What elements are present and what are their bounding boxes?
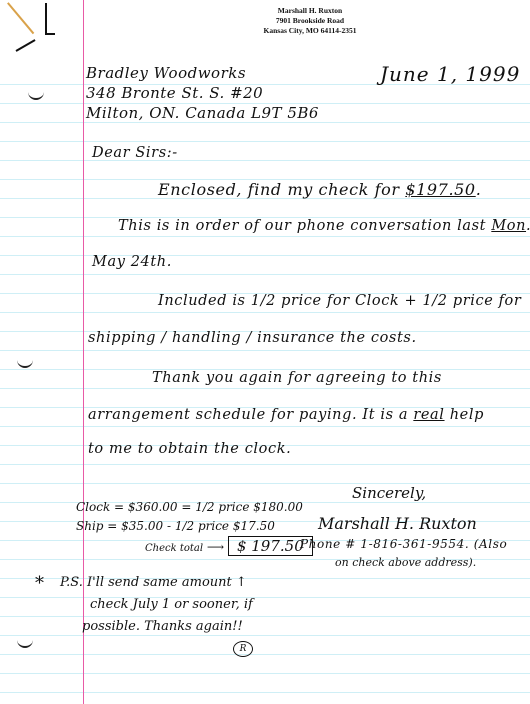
body-paragraph-1: Enclosed, find my check for $197.50.: [158, 180, 481, 199]
corner-pen-mark: [45, 3, 47, 35]
check-amount: $197.50: [405, 180, 475, 199]
body-text-underlined: real: [413, 407, 444, 423]
letterhead-name: Marshall H. Ruxton: [230, 6, 390, 16]
check-total-label: Check total: [145, 543, 203, 554]
calc-check-total: Check total ⟶ $ 197.50: [145, 537, 313, 555]
calc-ship-line: Ship = $35.00 - 1/2 price $17.50: [76, 519, 275, 533]
postscript-line-3: possible. Thanks again!!: [82, 619, 243, 634]
asterisk-icon: *: [35, 573, 44, 594]
calc-clock-line: Clock = $360.00 = 1/2 price $180.00: [76, 500, 303, 514]
arrow-right-icon: ⟶: [207, 540, 224, 554]
body-paragraph-3: Included is 1/2 price for Clock + 1/2 pr…: [158, 293, 521, 309]
corner-pen-mark: [45, 33, 55, 35]
body-paragraph-4-line-3: to me to obtain the clock.: [88, 441, 291, 457]
letter-date: June 1, 1999: [380, 62, 520, 86]
postscript-line-1: P.S. I'll send same amount ↑: [60, 575, 247, 590]
letterhead-street: 7901 Brookside Road: [230, 16, 390, 26]
body-text-underlined: Mon: [491, 218, 526, 234]
body-text: .: [476, 180, 482, 199]
margin-line: [83, 0, 84, 704]
body-paragraph-2: This is in order of our phone conversati…: [118, 218, 530, 234]
body-text: .: [526, 218, 530, 234]
signature: Marshall H. Ruxton: [318, 514, 477, 533]
salutation: Dear Sirs:-: [92, 145, 178, 161]
postscript-line-2: check July 1 or sooner, if: [90, 597, 253, 612]
recipient-street: 348 Bronte St. S. #20: [86, 84, 263, 102]
body-paragraph-3-line-2: shipping / handling / insurance the cost…: [88, 330, 417, 346]
phone-line: Phone # 1-816-361-9554. (Also: [300, 537, 507, 551]
body-text: This is in order of our phone conversati…: [118, 218, 491, 234]
letterhead-city: Kansas City, MO 64114-2351: [230, 26, 390, 36]
letterhead: Marshall H. Ruxton 7901 Brookside Road K…: [230, 6, 390, 36]
recipient-name: Bradley Woodworks: [86, 64, 246, 82]
body-text: Enclosed, find my check for: [158, 180, 405, 199]
body-text: arrangement schedule for paying. It is a: [88, 407, 413, 423]
recipient-city: Milton, ON. Canada L9T 5B6: [86, 104, 319, 122]
body-paragraph-4: Thank you again for agreeing to this: [152, 370, 442, 386]
body-paragraph-4-line-2: arrangement schedule for paying. It is a…: [88, 407, 484, 423]
circled-initials: R: [233, 641, 253, 657]
body-text: help: [445, 407, 484, 423]
phone-note: on check above address).: [335, 556, 476, 569]
body-paragraph-2-line-2: May 24th.: [92, 254, 172, 270]
valediction: Sincerely,: [352, 484, 426, 502]
